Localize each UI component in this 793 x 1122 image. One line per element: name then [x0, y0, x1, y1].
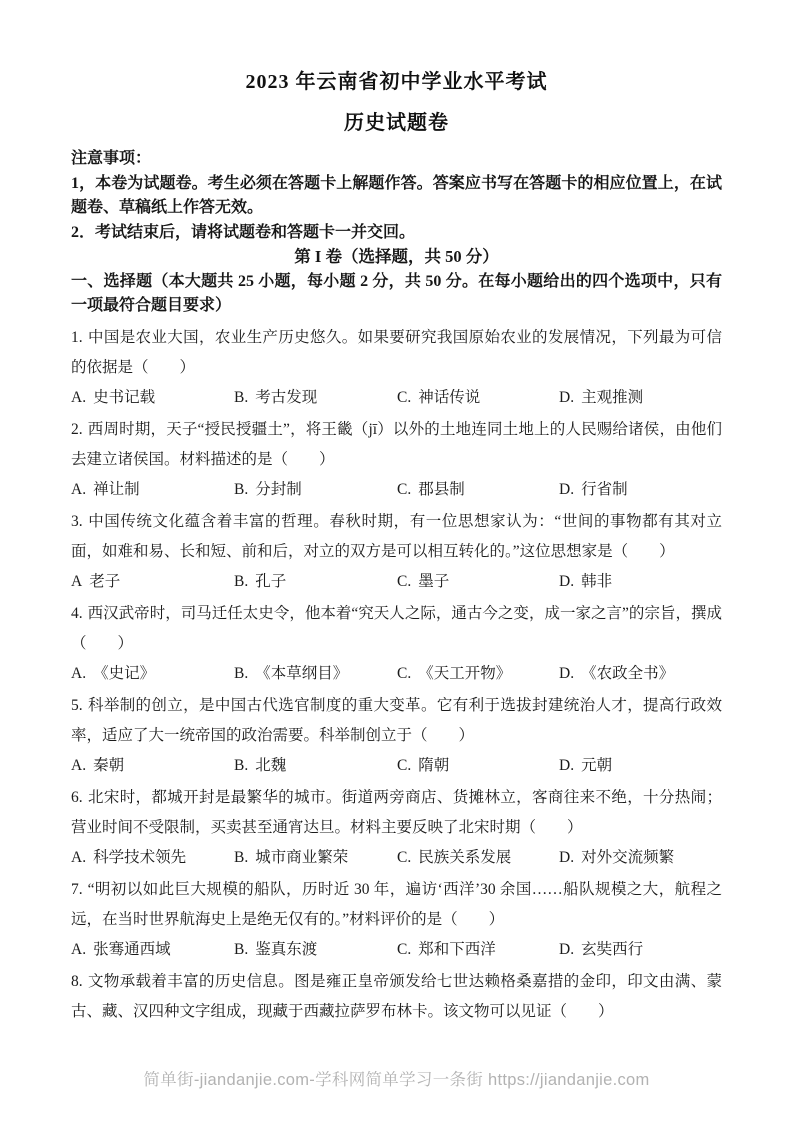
question-1: 1.中国是农业大国，农业生产历史悠久。如果要研究我国原始农业的发展情况，下列最为… — [71, 323, 722, 413]
question-7: 7.“明初以如此巨大规模的船队，历时近 30 年，遍访‘西洋’30 余国……船队… — [71, 875, 722, 965]
option-label: C. — [397, 481, 411, 498]
question-text: 科举制的创立，是中国古代选官制度的重大变革。它有利于选拔封建统治人才，提高行政效… — [71, 697, 722, 744]
option-label: C. — [397, 941, 411, 958]
option-d: D.对外交流频繁 — [559, 843, 722, 873]
option-text: 孔子 — [255, 573, 286, 590]
option-text: 郡县制 — [418, 481, 465, 498]
option-a: A.秦朝 — [71, 751, 234, 781]
notice-block: 注意事项： 1，本卷为试题卷。考生必须在答题卡上解题作答。答案应书写在答题卡的相… — [71, 147, 722, 245]
option-text: 《天工开物》 — [418, 665, 511, 682]
option-a: A.张骞通西域 — [71, 935, 234, 965]
section-instruction: 一、选择题（本大题共 25 小题，每小题 2 分，共 50 分。在每小题给出的四… — [71, 270, 722, 319]
option-text: 隋朝 — [418, 757, 449, 774]
notice-item-1: 1，本卷为试题卷。考生必须在答题卡上解题作答。答案应书写在答题卡的相应位置上，在… — [71, 172, 722, 221]
question-number: 1. — [71, 329, 83, 346]
option-b: B.城市商业繁荣 — [234, 843, 397, 873]
option-b: B.北魏 — [234, 751, 397, 781]
option-c: C.郡县制 — [397, 475, 559, 505]
option-label: B. — [234, 573, 248, 590]
option-text: 鉴真东渡 — [255, 941, 317, 958]
exam-content: 2023 年云南省初中学业水平考试 历史试题卷 注意事项： 1，本卷为试题卷。考… — [0, 0, 793, 1027]
option-label: A. — [71, 941, 86, 958]
option-label: B. — [234, 665, 248, 682]
option-text: 神话传说 — [418, 389, 480, 406]
question-text: 西汉武帝时，司马迁任太史令，他本着“究天人之际，通古今之变，成一家之言”的宗旨，… — [71, 605, 722, 652]
notice-heading: 注意事项： — [71, 147, 722, 172]
option-text: 郑和下西洋 — [418, 941, 496, 958]
option-label: D. — [559, 481, 574, 498]
option-text: 老子 — [89, 573, 120, 590]
option-label: A. — [71, 481, 86, 498]
question-number: 2. — [71, 421, 83, 438]
option-text: 史书记载 — [93, 389, 155, 406]
section-title: 第 I 卷（选择题，共 50 分） — [71, 245, 722, 270]
option-text: 《农政全书》 — [581, 665, 674, 682]
option-text: 《本草纲目》 — [255, 665, 348, 682]
option-label: A — [71, 573, 82, 590]
option-label: D. — [559, 389, 574, 406]
option-a: A.《史记》 — [71, 659, 234, 689]
option-b: B.分封制 — [234, 475, 397, 505]
option-d: D.韩非 — [559, 567, 722, 597]
option-a: A.史书记载 — [71, 383, 234, 413]
exam-title-line2: 历史试题卷 — [71, 109, 722, 137]
question-options: A.《史记》 B.《本草纲目》 C.《天工开物》 D.《农政全书》 — [71, 659, 722, 689]
option-text: 玄奘西行 — [581, 941, 643, 958]
option-text: 民族关系发展 — [418, 849, 511, 866]
question-list: 1.中国是农业大国，农业生产历史悠久。如果要研究我国原始农业的发展情况，下列最为… — [71, 323, 722, 1027]
option-label: B. — [234, 389, 248, 406]
option-label: C. — [397, 573, 411, 590]
option-text: 城市商业繁荣 — [255, 849, 348, 866]
option-text: 分封制 — [255, 481, 302, 498]
option-d: D.《农政全书》 — [559, 659, 722, 689]
question-options: A.秦朝 B.北魏 C.隋朝 D.元朝 — [71, 751, 722, 781]
question-text: 北宋时，都城开封是最繁华的城市。街道两旁商店、货摊林立，客商往来不绝，十分热闹；… — [71, 789, 722, 836]
option-label: D. — [559, 757, 574, 774]
option-text: 张骞通西域 — [93, 941, 171, 958]
question-8: 8.文物承载着丰富的历史信息。图是雍正皇帝颁发给七世达赖格桑嘉措的金印，印文由满… — [71, 967, 722, 1027]
option-text: 《史记》 — [93, 665, 155, 682]
option-label: A. — [71, 757, 86, 774]
question-options: A.史书记载 B.考古发现 C.神话传说 D.主观推测 — [71, 383, 722, 413]
option-d: D.元朝 — [559, 751, 722, 781]
question-number: 3. — [71, 513, 83, 530]
exam-paper-page: 2023 年云南省初中学业水平考试 历史试题卷 注意事项： 1，本卷为试题卷。考… — [0, 0, 793, 1122]
option-text: 秦朝 — [93, 757, 124, 774]
option-label: D. — [559, 665, 574, 682]
option-label: D. — [559, 573, 574, 590]
option-d: D.玄奘西行 — [559, 935, 722, 965]
option-text: 主观推测 — [581, 389, 643, 406]
question-text: 西周时期，天子“授民授疆土”，将王畿（jī）以外的土地连同土地上的人民赐给诸侯，… — [71, 421, 722, 468]
option-label: D. — [559, 941, 574, 958]
option-label: A. — [71, 665, 86, 682]
option-b: B.《本草纲目》 — [234, 659, 397, 689]
option-label: C. — [397, 849, 411, 866]
exam-title-line1: 2023 年云南省初中学业水平考试 — [71, 68, 722, 96]
question-number: 8. — [71, 973, 83, 990]
option-label: C. — [397, 665, 411, 682]
option-text: 考古发现 — [255, 389, 317, 406]
notice-item-2: 2．考试结束后，请将试题卷和答题卡一并交回。 — [71, 221, 722, 246]
option-a: A.科学技术领先 — [71, 843, 234, 873]
option-c: C.民族关系发展 — [397, 843, 559, 873]
option-c: C.墨子 — [397, 567, 559, 597]
watermark-footer: 简单街-jiandanjie.com-学科网简单学习一条街 https://ji… — [0, 1066, 793, 1090]
option-label: B. — [234, 481, 248, 498]
question-number: 6. — [71, 789, 83, 806]
question-4: 4.西汉武帝时，司马迁任太史令，他本着“究天人之际，通古今之变，成一家之言”的宗… — [71, 599, 722, 689]
option-text: 墨子 — [418, 573, 449, 590]
option-label: B. — [234, 849, 248, 866]
question-text: 中国传统文化蕴含着丰富的哲理。春秋时期，有一位思想家认为：“世间的事物都有其对立… — [71, 513, 722, 560]
question-5: 5.科举制的创立，是中国古代选官制度的重大变革。它有利于选拔封建统治人才，提高行… — [71, 691, 722, 781]
option-c: C.郑和下西洋 — [397, 935, 559, 965]
question-text: 中国是农业大国，农业生产历史悠久。如果要研究我国原始农业的发展情况，下列最为可信… — [71, 329, 722, 376]
option-c: C.神话传说 — [397, 383, 559, 413]
question-2: 2.西周时期，天子“授民授疆土”，将王畿（jī）以外的土地连同土地上的人民赐给诸… — [71, 415, 722, 505]
option-text: 禅让制 — [93, 481, 140, 498]
option-b: B.鉴真东渡 — [234, 935, 397, 965]
option-label: C. — [397, 389, 411, 406]
option-text: 北魏 — [255, 757, 286, 774]
option-label: A. — [71, 389, 86, 406]
option-a: A老子 — [71, 567, 234, 597]
question-6: 6.北宋时，都城开封是最繁华的城市。街道两旁商店、货摊林立，客商往来不绝，十分热… — [71, 783, 722, 873]
question-text: 文物承载着丰富的历史信息。图是雍正皇帝颁发给七世达赖格桑嘉措的金印，印文由满、蒙… — [71, 973, 722, 1020]
question-number: 7. — [71, 881, 83, 898]
option-label: B. — [234, 941, 248, 958]
question-options: A.禅让制 B.分封制 C.郡县制 D.行省制 — [71, 475, 722, 505]
question-3: 3.中国传统文化蕴含着丰富的哲理。春秋时期，有一位思想家认为：“世间的事物都有其… — [71, 507, 722, 597]
option-b: B.孔子 — [234, 567, 397, 597]
question-options: A老子 B.孔子 C.墨子 D.韩非 — [71, 567, 722, 597]
option-a: A.禅让制 — [71, 475, 234, 505]
option-text: 对外交流频繁 — [581, 849, 674, 866]
question-number: 4. — [71, 605, 83, 622]
option-text: 韩非 — [581, 573, 612, 590]
option-label: A. — [71, 849, 86, 866]
question-number: 5. — [71, 697, 83, 714]
question-options: A.科学技术领先 B.城市商业繁荣 C.民族关系发展 D.对外交流频繁 — [71, 843, 722, 873]
option-c: C.隋朝 — [397, 751, 559, 781]
option-c: C.《天工开物》 — [397, 659, 559, 689]
option-b: B.考古发现 — [234, 383, 397, 413]
option-label: D. — [559, 849, 574, 866]
option-text: 行省制 — [581, 481, 628, 498]
option-label: C. — [397, 757, 411, 774]
option-text: 科学技术领先 — [93, 849, 186, 866]
option-d: D.主观推测 — [559, 383, 722, 413]
option-label: B. — [234, 757, 248, 774]
question-text: “明初以如此巨大规模的船队，历时近 30 年，遍访‘西洋’30 余国……船队规模… — [71, 881, 722, 928]
option-text: 元朝 — [581, 757, 612, 774]
question-options: A.张骞通西域 B.鉴真东渡 C.郑和下西洋 D.玄奘西行 — [71, 935, 722, 965]
option-d: D.行省制 — [559, 475, 722, 505]
